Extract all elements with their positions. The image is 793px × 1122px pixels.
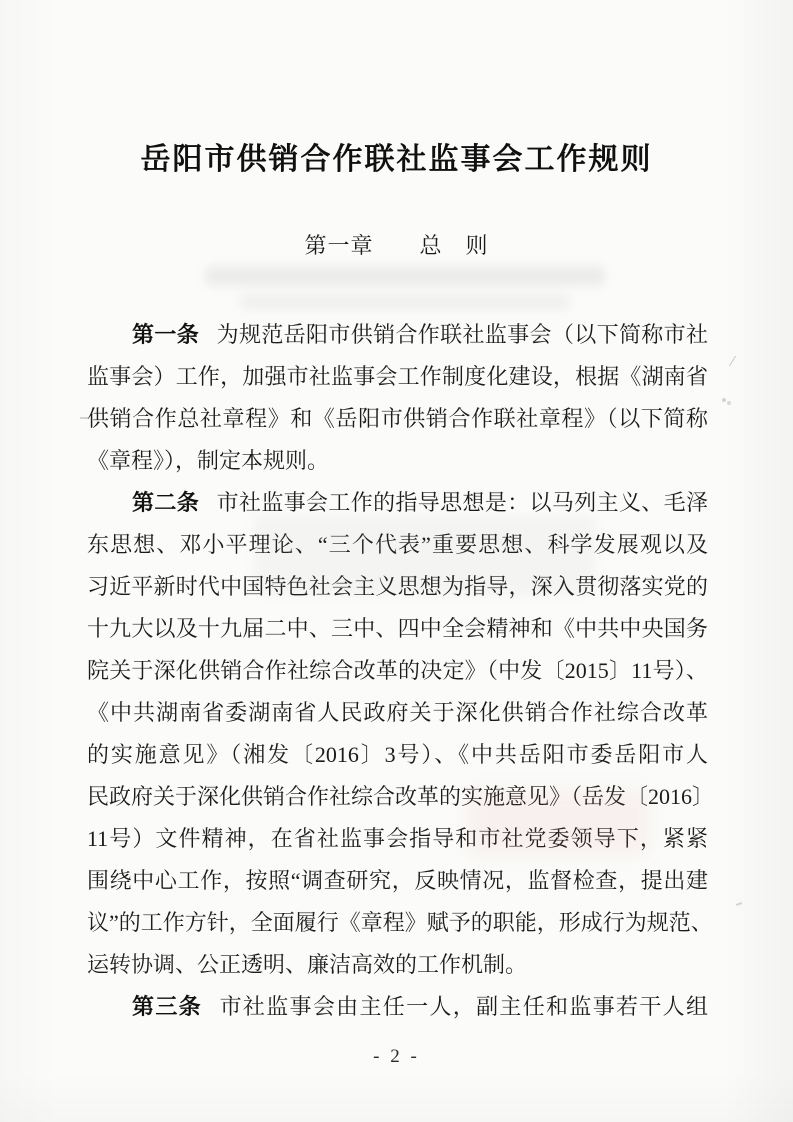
text-line: 的实施意见》（湘发〔2016〕3号）、《中共岳阳市委岳阳市人 bbox=[87, 734, 708, 776]
scan-artifact bbox=[736, 902, 742, 906]
text-line: 民政府关于深化供销合作社综合改革的实施意见》（岳发〔2016〕 bbox=[87, 776, 708, 818]
page-number: - 2 - bbox=[0, 1046, 793, 1068]
article-number: 第一条 bbox=[132, 322, 199, 347]
article-text: 为规范岳阳市供销合作联社监事会（以下简称市社 bbox=[217, 322, 708, 347]
text-line: 第二条市社监事会工作的指导思想是：以马列主义、毛泽 bbox=[87, 482, 708, 524]
bleed-through-ghost bbox=[240, 294, 570, 310]
scan-artifact bbox=[729, 356, 745, 366]
text-line: 院关于深化供销合作社综合改革的决定》（中发〔2015〕11号）、 bbox=[87, 650, 708, 692]
text-line: 议”的工作方针，全面履行《章程》赋予的职能，形成行为规范、 bbox=[87, 902, 708, 944]
article-number: 第三条 bbox=[132, 994, 202, 1019]
text-line: 11号）文件精神，在省社监事会指导和市社党委领导下，紧紧 bbox=[87, 818, 708, 860]
bleed-through-ghost bbox=[205, 266, 605, 286]
document-body: 第一条为规范岳阳市供销合作联社监事会（以下简称市社监事会）工作，加强市社监事会工… bbox=[87, 314, 708, 1028]
text-line: 第三条市社监事会由主任一人，副主任和监事若干人组 bbox=[87, 986, 708, 1028]
text-line: 围绕中心工作，按照“调查研究，反映情况，监督检查，提出建 bbox=[87, 860, 708, 902]
scan-artifact bbox=[722, 398, 726, 402]
text-line: 供销合作总社章程》和《岳阳市供销合作联社章程》（以下简称 bbox=[87, 398, 708, 440]
chapter-heading: 第一章 总 则 bbox=[0, 229, 793, 260]
text-line: 习近平新时代中国特色社会主义思想为指导，深入贯彻落实党的 bbox=[87, 566, 708, 608]
scanned-document-page: 岳阳市供销合作联社监事会工作规则 第一章 总 则 第一条为规范岳阳市供销合作联社… bbox=[0, 0, 793, 1122]
text-line: 监事会）工作，加强市社监事会工作制度化建设，根据《湖南省 bbox=[87, 356, 708, 398]
text-line: 运转协调、公正透明、廉洁高效的工作机制。 bbox=[87, 944, 708, 986]
article-number: 第二条 bbox=[132, 490, 199, 515]
text-line: 《章程》），制定本规则。 bbox=[87, 440, 708, 482]
text-line: 第一条为规范岳阳市供销合作联社监事会（以下简称市社 bbox=[87, 314, 708, 356]
text-line: 东思想、邓小平理论、“三个代表”重要思想、科学发展观以及 bbox=[87, 524, 708, 566]
document-title: 岳阳市供销合作联社监事会工作规则 bbox=[0, 134, 793, 178]
article-text: 市社监事会工作的指导思想是：以马列主义、毛泽 bbox=[217, 490, 708, 515]
text-line: 《中共湖南省委湖南省人民政府关于深化供销合作社综合改革 bbox=[87, 692, 708, 734]
article-text: 市社监事会由主任一人，副主任和监事若干人组 bbox=[220, 994, 708, 1019]
text-line: 十九大以及十九届二中、三中、四中全会精神和《中共中央国务 bbox=[87, 608, 708, 650]
